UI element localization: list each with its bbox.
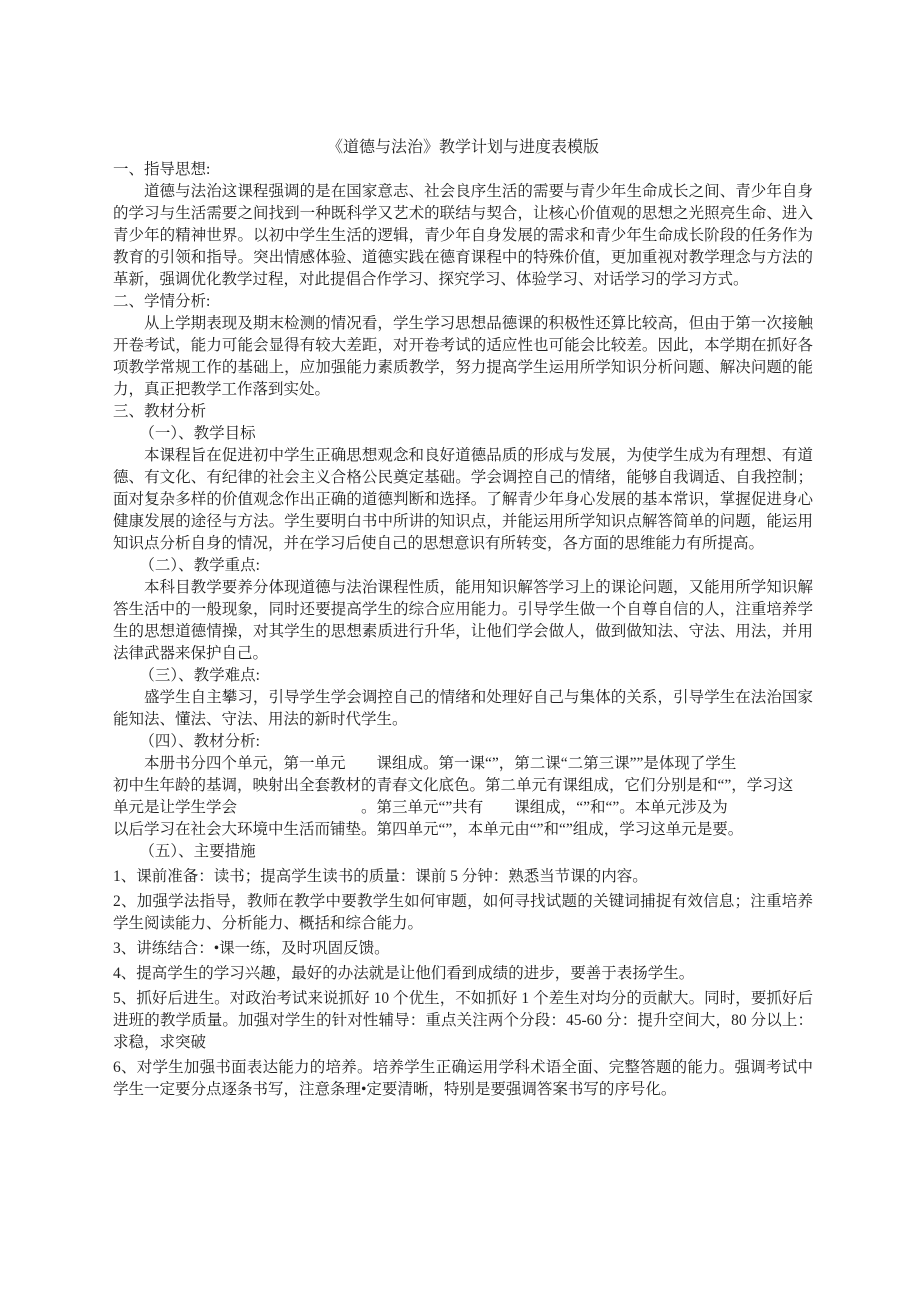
paragraph-body: 盛学生自主攀习，引导学生学会调控自己的情绪和处理好自己与集体的关系，引导学生在法… [113,687,813,731]
document-title: 《道德与法治》教学计划与进度表模版 [113,137,813,159]
paragraph-item: 1、课前准备：读书；提高学生读书的质量：课前 5 分钟：熟悉当节课的内容。 [113,866,813,888]
paragraph-body: 从上学期表现及期末检测的情况看，学生学习思想品德课的积极性还算比较高，但由于第一… [113,313,813,401]
paragraph-item: 2、加强学法指导，教师在教学中要教学生如何审题，如何寻找试题的关键词捕捉有效信息… [113,891,813,935]
paragraph-h: 三、教材分析 [113,401,813,423]
paragraph-sub: （二）、教学重点: [113,555,813,577]
paragraph-body: 道德与法治这课程强调的是在国家意志、社会良序生活的需要与青少年生命成长之间、青少… [113,181,813,291]
paragraph-sub: （三）、教学难点: [113,665,813,687]
paragraph-sub: （四）、教材分析: [113,731,813,753]
document-page: 《道德与法治》教学计划与进度表模版 一、指导思想:道德与法治这课程强调的是在国家… [0,0,920,1301]
paragraph-body: 本课程旨在促进初中学生正确思想观念和良好道德品质的形成与发展，为使学生成为有理想… [113,445,813,555]
paragraph-body: 本科目教学要养分体现道德与法治课程性质，能用知识解答学习上的课论问题，又能用所学… [113,577,813,665]
paragraph-item: 3、讲练结合：•课一练，及时巩固反馈。 [113,938,813,960]
paragraph-item: 4、提高学生的学习兴趣，最好的办法就是让他们看到成绩的进步，要善于表扬学生。 [113,963,813,985]
paragraph-sub: （五）、主要措施 [113,841,813,863]
paragraphs: 一、指导思想:道德与法治这课程强调的是在国家意志、社会良序生活的需要与青少年生命… [113,159,813,1101]
paragraph-h: 二、学情分析: [113,291,813,313]
paragraph-item: 5、抓好后进生。对政治考试来说抓好 10 个优生，不如抓好 1 个差生对均分的贡… [113,988,813,1054]
paragraph-pre: 本册书分四个单元，第一单元 课组成。第一课“”，第二课“二第三课””是体现了学生… [113,753,813,841]
paragraph-h: 一、指导思想: [113,159,813,181]
paragraph-sub: （一）、教学目标 [113,423,813,445]
paragraph-item: 6、对学生加强书面表达能力的培养。培养学生正确运用学科术语全面、完整答题的能力。… [113,1057,813,1101]
